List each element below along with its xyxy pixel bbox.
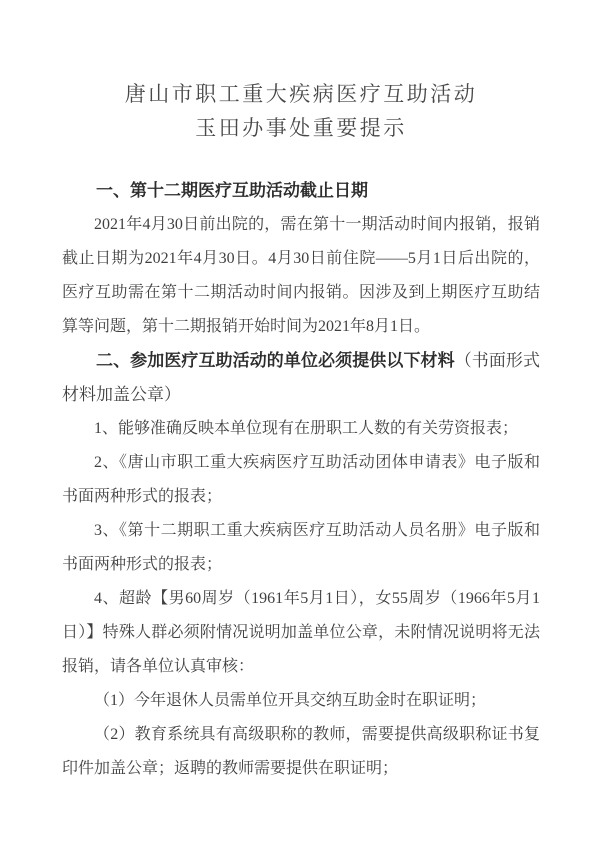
material-item-3: 3、《第十二期职工重大疾病医疗互助活动人员名册》电子版和书面两种形式的报表； xyxy=(62,514,540,582)
section1-paragraph: 2021年4月30日前出院的，需在第十一期活动时间内报销，报销截止日期为2021… xyxy=(62,208,540,344)
section2-heading: 二、参加医疗互助活动的单位必须提供以下材料（书面形式材料加盖公章） xyxy=(62,344,540,412)
document-page: 唐山市职工重大疾病医疗互助活动 玉田办事处重要提示 一、第十二期医疗互助活动截止… xyxy=(0,0,600,848)
section1-heading: 一、第十二期医疗互助活动截止日期 xyxy=(62,174,540,208)
material-item-1: 1、能够准确反映本单位现有在册职工人数的有关劳资报表； xyxy=(62,412,540,446)
document-title-line1: 唐山市职工重大疾病医疗互助活动 xyxy=(62,77,540,111)
document-title-line2: 玉田办事处重要提示 xyxy=(62,111,540,145)
material-item-4-sub-1: （1）今年退休人员需单位开具交纳互助金时在职证明； xyxy=(62,684,540,718)
material-item-4-sub-2: （2）教育系统具有高级职称的教师，需要提供高级职称证书复印件加盖公章；返聘的教师… xyxy=(62,718,540,786)
material-item-4: 4、超龄【男60周岁（1961年5月1日），女55周岁（1966年5月1日）】特… xyxy=(62,582,540,684)
document-title: 唐山市职工重大疾病医疗互助活动 玉田办事处重要提示 xyxy=(62,77,540,145)
section2-heading-main: 二、参加医疗互助活动的单位必须提供以下材料 xyxy=(96,351,455,370)
material-item-2: 2、《唐山市职工重大疾病医疗互助活动团体申请表》电子版和书面两种形式的报表； xyxy=(62,446,540,514)
